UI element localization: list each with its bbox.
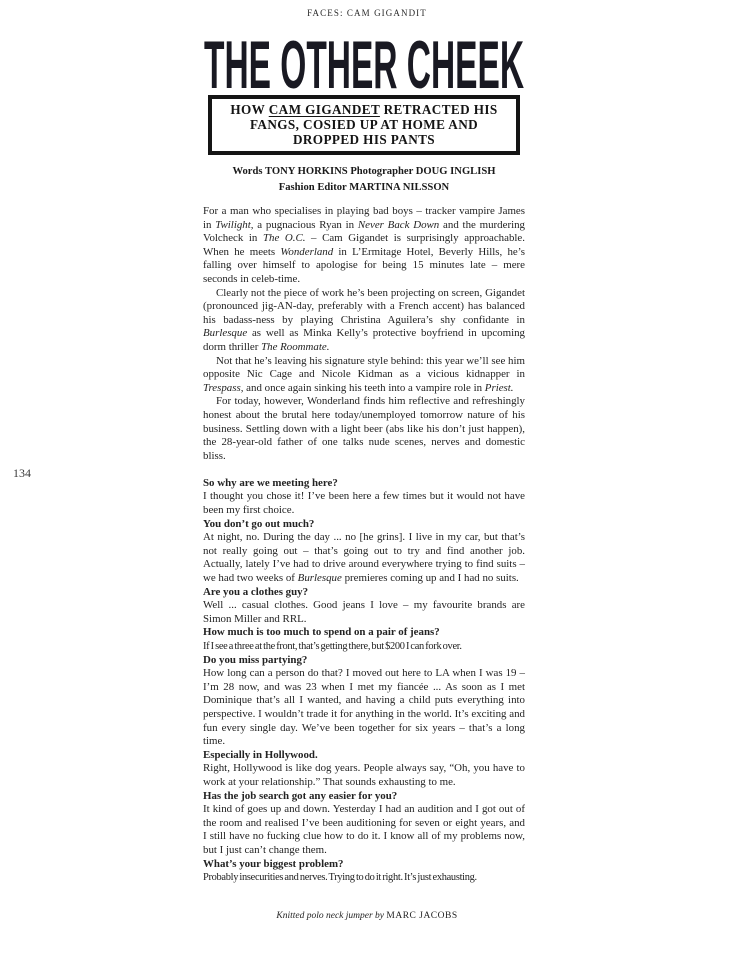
text-run: Right, Hollywood is like dog years. Peop… bbox=[203, 762, 525, 788]
intro-paragraph: Not that he’s leaving his signature styl… bbox=[203, 355, 525, 396]
text-run: Well ... casual clothes. Good jeans I lo… bbox=[203, 599, 525, 625]
italic-text-run: Wonderland bbox=[280, 246, 333, 258]
interview-question: You don’t go out much? bbox=[203, 518, 525, 532]
interview-answer: Probably insecurities and nerves. Trying… bbox=[203, 871, 525, 885]
italic-text-run: Never Back Down bbox=[358, 219, 439, 231]
page-number: 134 bbox=[13, 466, 31, 481]
running-head: FACES: CAM GIGANDIT bbox=[0, 8, 734, 18]
text-run: If I see a three at the front, that’s ge… bbox=[203, 641, 462, 652]
text-run: premieres coming up and I had no suits. bbox=[342, 572, 519, 584]
caption-description: Knitted polo neck jumper by bbox=[276, 911, 384, 921]
caption-brand: MARC JACOBS bbox=[386, 911, 457, 921]
text-run: It kind of goes up and down. Yesterday I… bbox=[203, 803, 525, 856]
text-run: For today, however, Wonderland finds him… bbox=[203, 395, 525, 461]
text-run: as well as Minka Kelly’s protective boyf… bbox=[203, 327, 525, 353]
interview-question: Are you a clothes guy? bbox=[203, 586, 525, 600]
interview-answer: Well ... casual clothes. Good jeans I lo… bbox=[203, 599, 525, 626]
italic-text-run: The Roommate. bbox=[261, 341, 329, 353]
interview-question: Has the job search got any easier for yo… bbox=[203, 790, 525, 804]
italic-text-run: The O.C. bbox=[263, 232, 306, 244]
credits: Words TONY HORKINS Photographer DOUG ING… bbox=[203, 164, 525, 195]
text-run: and once again sinking his teeth into a … bbox=[243, 382, 484, 394]
italic-text-run: Twilight, bbox=[215, 219, 253, 231]
standfirst-box: HOW CAM GIGANDET RETRACTED HIS FANGS, CO… bbox=[208, 95, 520, 155]
intro-paragraph: For today, however, Wonderland finds him… bbox=[203, 395, 525, 463]
intro-paragraph: Clearly not the piece of work he’s been … bbox=[203, 287, 525, 355]
text-run: I thought you chose it! I’ve been here a… bbox=[203, 490, 525, 516]
qa-section: So why are we meeting here?I thought you… bbox=[203, 477, 525, 885]
magazine-page: FACES: CAM GIGANDIT 134 THE OTHER CHEEK … bbox=[0, 0, 734, 956]
credits-line-1: Words TONY HORKINS Photographer DOUG ING… bbox=[203, 164, 525, 180]
standfirst-line1-pre: HOW bbox=[230, 102, 268, 117]
text-run: How long can a person do that? I moved o… bbox=[203, 667, 525, 747]
fashion-caption: Knitted polo neck jumper by MARC JACOBS bbox=[0, 911, 734, 921]
text-run: Clearly not the piece of work he’s been … bbox=[203, 287, 525, 326]
interview-answer: At night, no. During the day ... no [he … bbox=[203, 531, 525, 585]
interview-answer: How long can a person do that? I moved o… bbox=[203, 667, 525, 749]
interview-question: What’s your biggest problem? bbox=[203, 858, 525, 872]
italic-text-run: Trespass, bbox=[203, 382, 243, 394]
article-column: THE OTHER CHEEK HOW CAM GIGANDET RETRACT… bbox=[203, 36, 525, 885]
italic-text-run: Burlesque bbox=[203, 327, 247, 339]
text-run: Not that he’s leaving his signature styl… bbox=[203, 355, 525, 381]
intro-paragraphs: For a man who specialises in playing bad… bbox=[203, 205, 525, 463]
interview-answer: I thought you chose it! I’ve been here a… bbox=[203, 490, 525, 517]
body-copy: For a man who specialises in playing bad… bbox=[203, 205, 525, 885]
credits-line-2: Fashion Editor MARTINA NILSSON bbox=[203, 180, 525, 196]
interview-answer: Right, Hollywood is like dog years. Peop… bbox=[203, 762, 525, 789]
standfirst-line-2: FANGS, COSIED UP AT HOME AND bbox=[220, 117, 508, 132]
standfirst-line1-post: RETRACTED HIS bbox=[380, 102, 498, 117]
interview-question: So why are we meeting here? bbox=[203, 477, 525, 491]
interview-answer: It kind of goes up and down. Yesterday I… bbox=[203, 803, 525, 857]
intro-paragraph: For a man who specialises in playing bad… bbox=[203, 205, 525, 287]
italic-text-run: Burlesque bbox=[298, 572, 342, 584]
standfirst-subject-name: CAM GIGANDET bbox=[269, 102, 380, 117]
text-run: a pugnacious Ryan in bbox=[254, 219, 358, 231]
standfirst-line-3: DROPPED HIS PANTS bbox=[220, 132, 508, 147]
interview-question: Do you miss partying? bbox=[203, 654, 525, 668]
standfirst-line-1: HOW CAM GIGANDET RETRACTED HIS bbox=[220, 102, 508, 117]
italic-text-run: Priest. bbox=[485, 382, 514, 394]
text-run: Probably insecurities and nerves. Trying… bbox=[203, 872, 477, 883]
interview-question: How much is too much to spend on a pair … bbox=[203, 626, 525, 640]
headline-text: THE OTHER CHEEK bbox=[204, 36, 524, 92]
interview-answer: If I see a three at the front, that’s ge… bbox=[203, 640, 525, 654]
headline: THE OTHER CHEEK bbox=[203, 36, 525, 92]
interview-question: Especially in Hollywood. bbox=[203, 749, 525, 763]
